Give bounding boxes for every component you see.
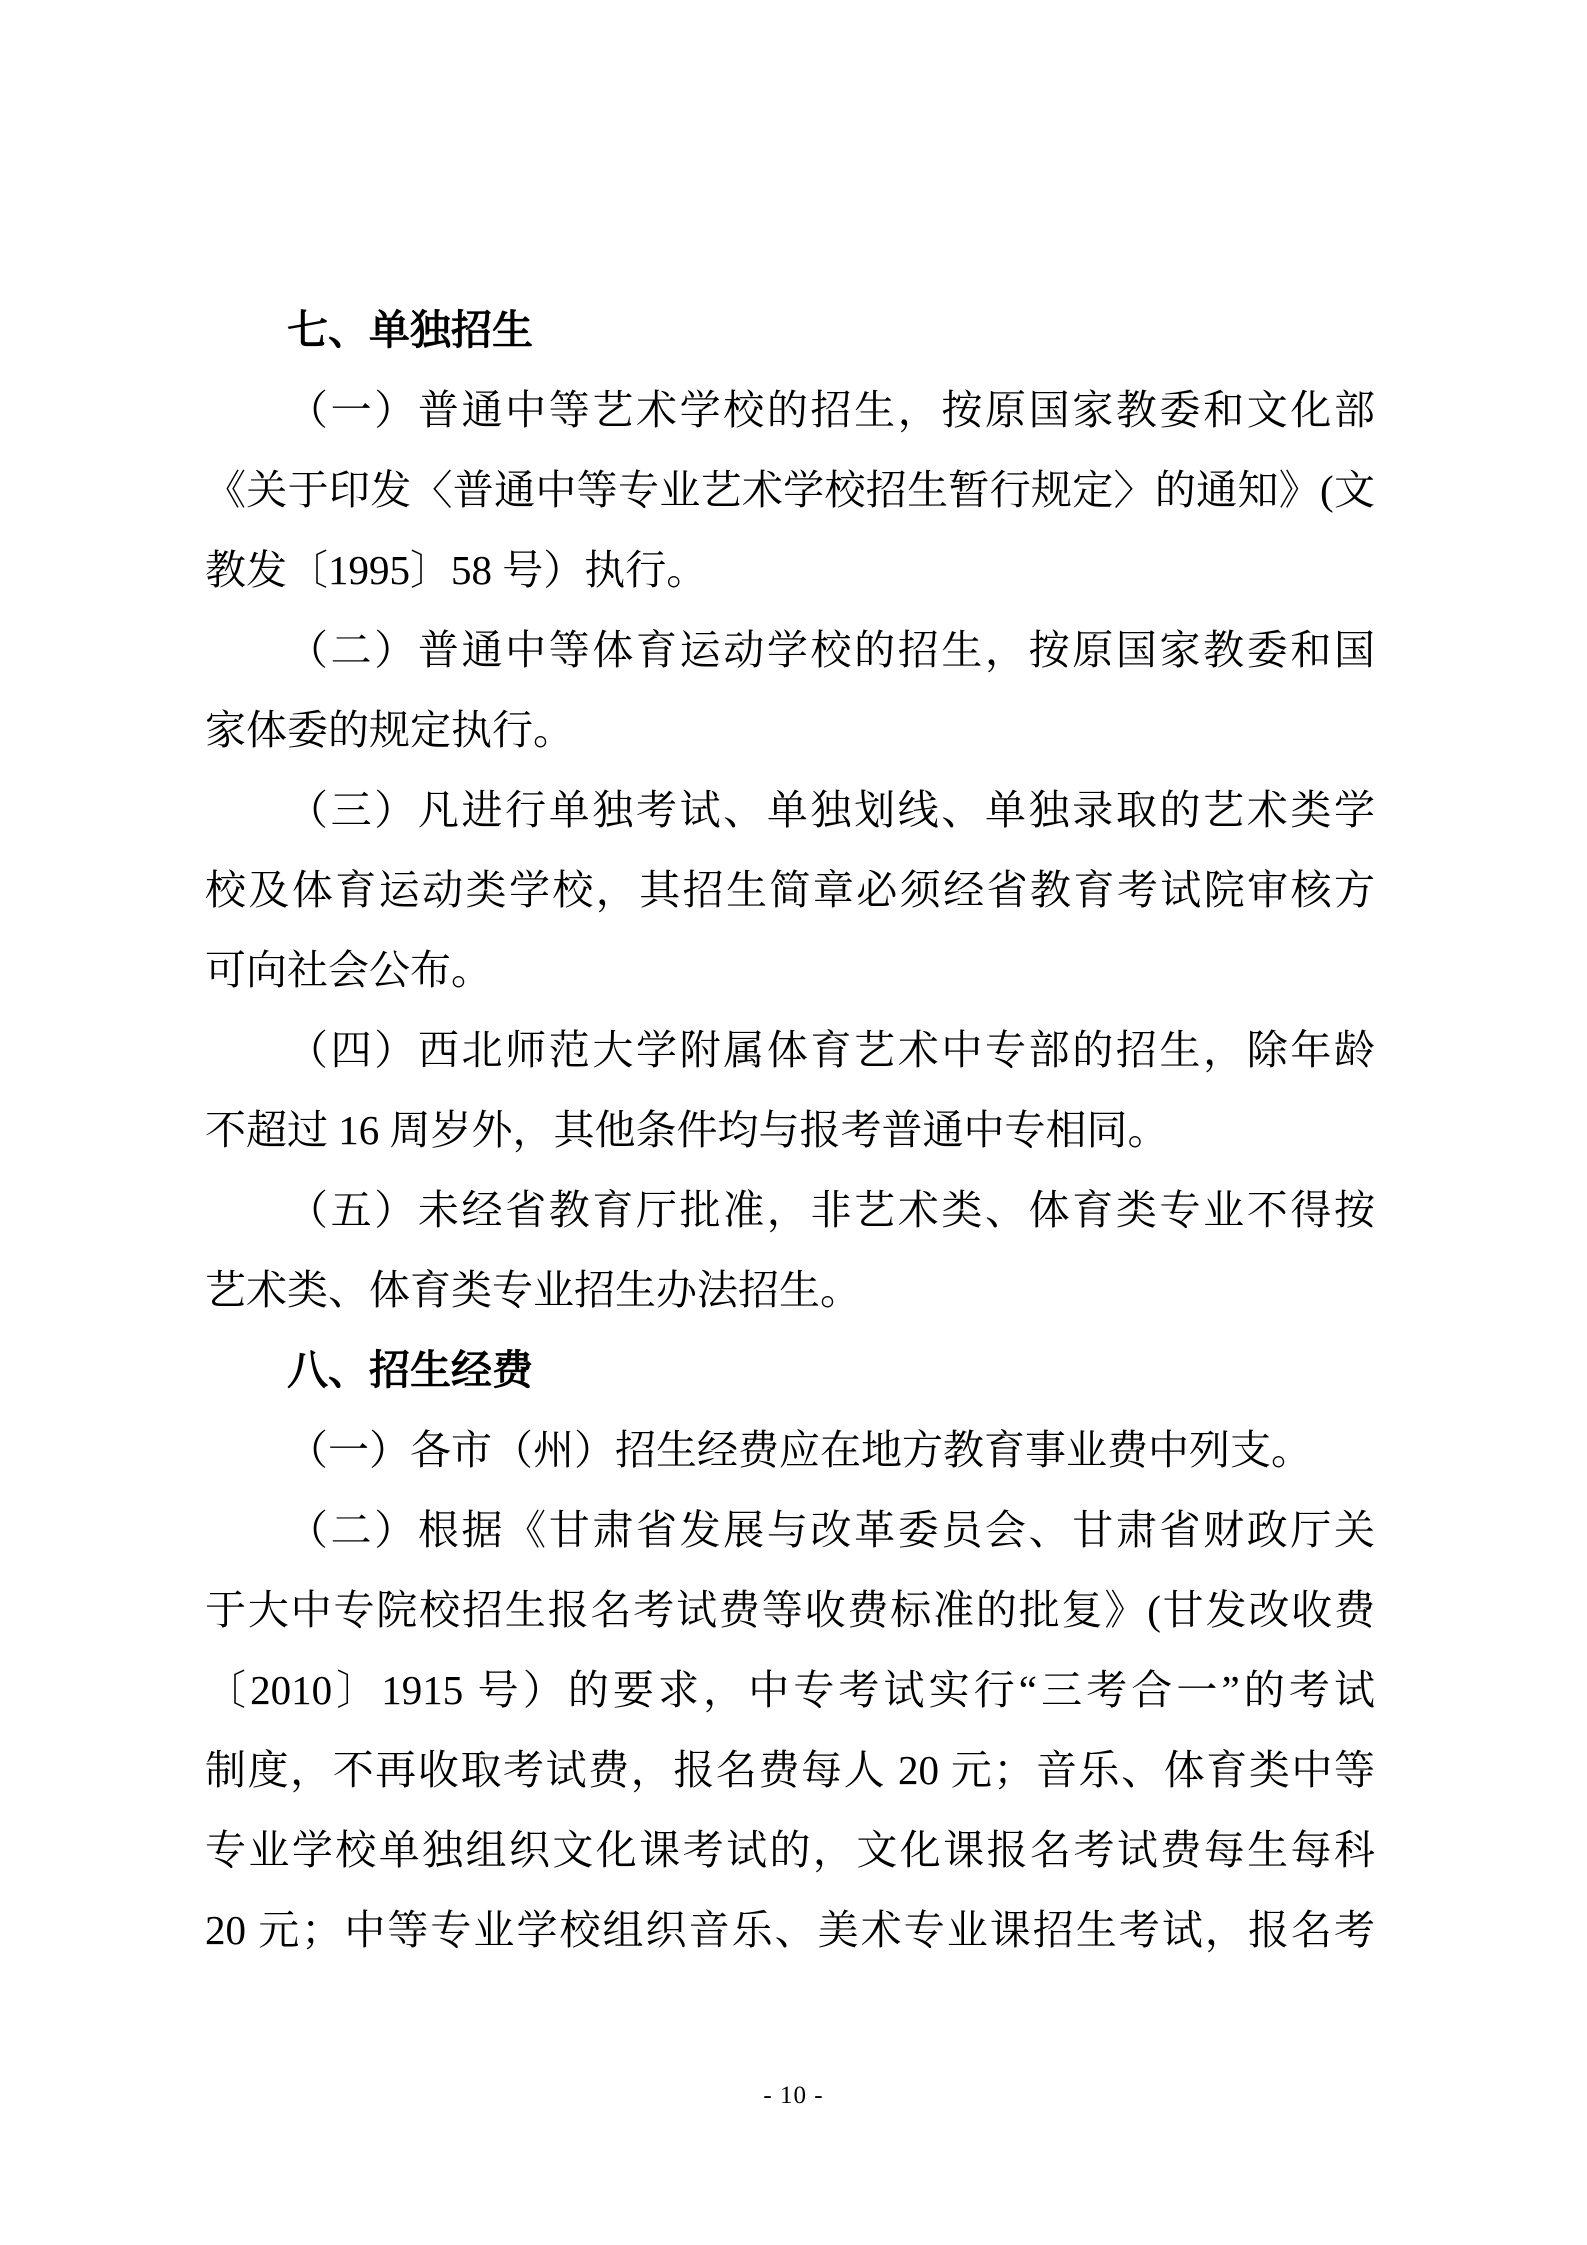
para-line: 于大中专院校招生报名考试费等收费标准的批复》(甘发改收费	[205, 1570, 1375, 1650]
page-number: - 10 -	[763, 2082, 823, 2109]
section-heading: 八、招生经费	[205, 1330, 1375, 1410]
section-heading: 七、单独招生	[205, 290, 1375, 370]
paragraph: （五）未经省教育厅批准，非艺术类、体育类专业不得按艺术类、体育类专业招生办法招生…	[205, 1170, 1375, 1330]
para-line: 〔2010〕1915 号）的要求，中专考试实行“三考合一”的考试	[205, 1650, 1375, 1730]
paragraph: （一）普通中等艺术学校的招生，按原国家教委和文化部《关于印发〈普通中等专业艺术学…	[205, 370, 1375, 610]
para-line: 家体委的规定执行。	[205, 690, 1375, 770]
para-line: 教发〔1995〕58 号）执行。	[205, 530, 1375, 610]
para-line: 可向社会公布。	[205, 930, 1375, 1010]
para-line: （二）普通中等体育运动学校的招生，按原国家教委和国	[205, 610, 1375, 690]
para-line: （三）凡进行单独考试、单独划线、单独录取的艺术类学	[205, 770, 1375, 850]
para-line: 制度，不再收取考试费，报名费每人 20 元；音乐、体育类中等	[205, 1730, 1375, 1810]
para-line: 不超过 16 周岁外，其他条件均与报考普通中专相同。	[205, 1090, 1375, 1170]
paragraph: （二）普通中等体育运动学校的招生，按原国家教委和国家体委的规定执行。	[205, 610, 1375, 770]
document-page: 七、单独招生（一）普通中等艺术学校的招生，按原国家教委和文化部《关于印发〈普通中…	[0, 0, 1587, 2245]
paragraph: （二）根据《甘肃省发展与改革委员会、甘肃省财政厅关于大中专院校招生报名考试费等收…	[205, 1490, 1375, 1970]
paragraph: （一）各市（州）招生经费应在地方教育事业费中列支。	[205, 1410, 1375, 1490]
para-line: 《关于印发〈普通中等专业艺术学校招生暂行规定〉的通知》(文	[205, 450, 1375, 530]
page-footer: - 10 -	[0, 2082, 1587, 2110]
para-line: （一）普通中等艺术学校的招生，按原国家教委和文化部	[205, 370, 1375, 450]
paragraph: （三）凡进行单独考试、单独划线、单独录取的艺术类学校及体育运动类学校，其招生简章…	[205, 770, 1375, 1010]
para-line: （五）未经省教育厅批准，非艺术类、体育类专业不得按	[205, 1170, 1375, 1250]
para-line: 20 元；中等专业学校组织音乐、美术专业课招生考试，报名考	[205, 1890, 1375, 1970]
para-line: 校及体育运动类学校，其招生简章必须经省教育考试院审核方	[205, 850, 1375, 930]
para-line: （二）根据《甘肃省发展与改革委员会、甘肃省财政厅关	[205, 1490, 1375, 1570]
para-line: （四）西北师范大学附属体育艺术中专部的招生，除年龄	[205, 1010, 1375, 1090]
para-line: 专业学校单独组织文化课考试的，文化课报名考试费每生每科	[205, 1810, 1375, 1890]
paragraph: （四）西北师范大学附属体育艺术中专部的招生，除年龄不超过 16 周岁外，其他条件…	[205, 1010, 1375, 1170]
para-line: （一）各市（州）招生经费应在地方教育事业费中列支。	[205, 1410, 1375, 1490]
para-line: 艺术类、体育类专业招生办法招生。	[205, 1250, 1375, 1330]
document-body: 七、单独招生（一）普通中等艺术学校的招生，按原国家教委和文化部《关于印发〈普通中…	[205, 290, 1375, 1970]
